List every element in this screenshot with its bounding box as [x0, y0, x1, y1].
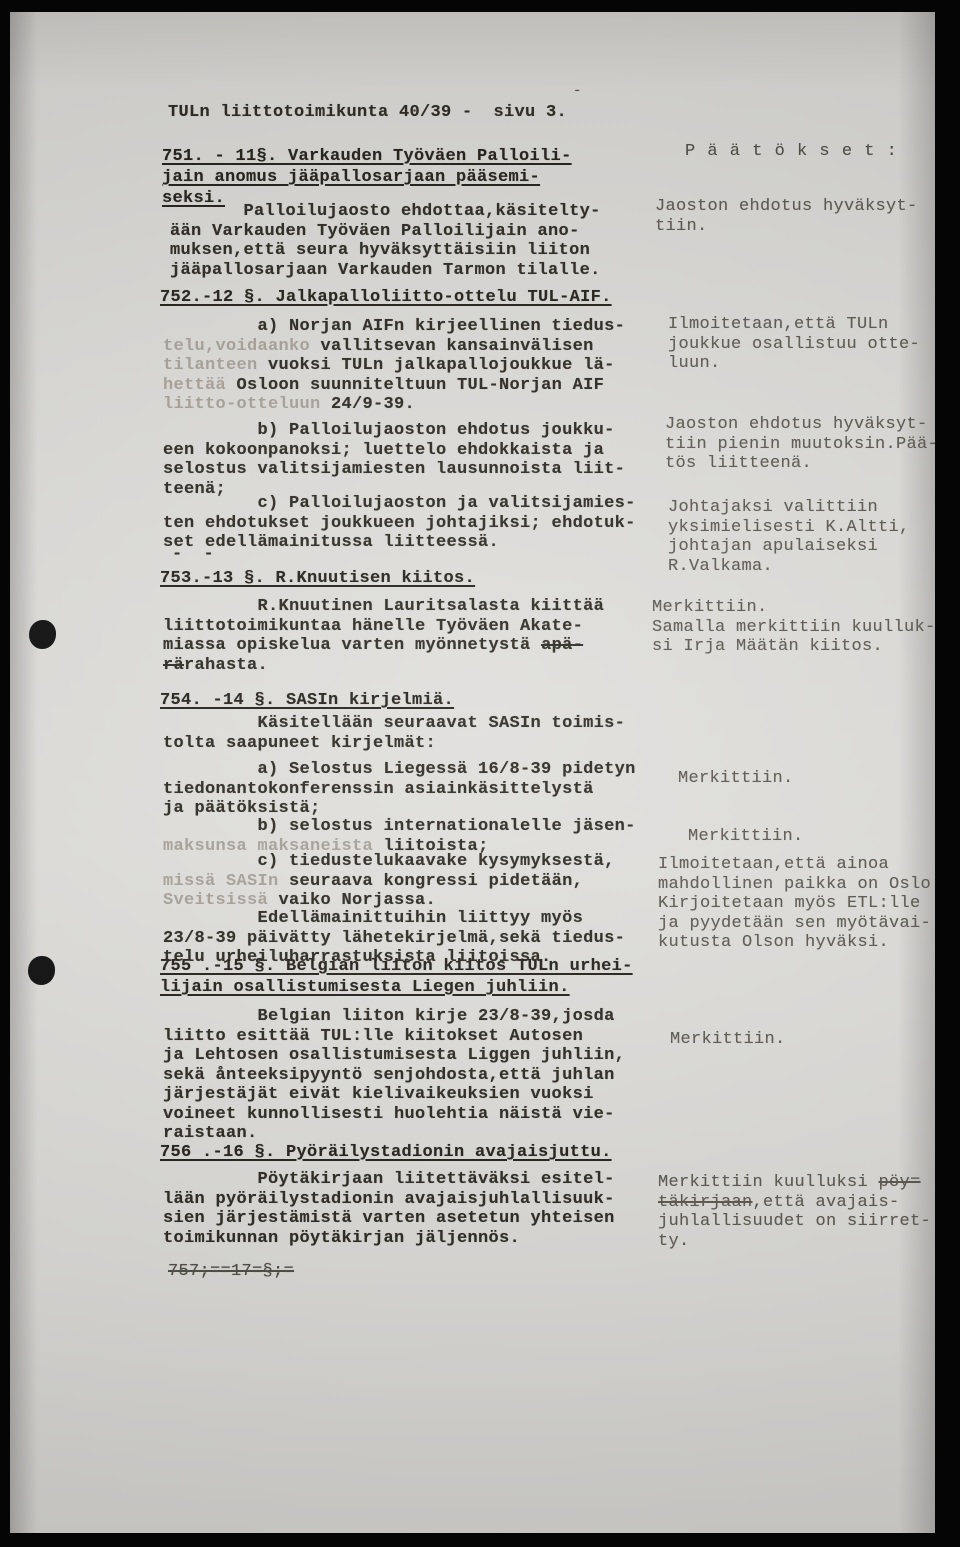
- section-751-title: 751. - 11§. Varkauden Työväen Palloili- …: [162, 146, 692, 209]
- section-754-item-c: c) tiedustelukaavake kysymyksestä, missä…: [163, 852, 693, 911]
- punch-hole-bottom: [28, 956, 55, 985]
- section-755-title: 755 .-15 §. Belgian liiton kiitos TULn u…: [160, 956, 690, 998]
- punch-hole-top: [29, 620, 56, 649]
- section-754-decision-b: Merkittiin.: [688, 827, 960, 847]
- section-751-body: Palloilujaosto ehdottaa,käsitelty- ään V…: [170, 202, 700, 280]
- section-752-item-b: b) Palloilujaoston ehdotus joukku- een k…: [163, 421, 693, 499]
- section-754-title: 754. -14 §. SASIn kirjelmiä.: [160, 690, 690, 711]
- section-756-title: 756 .-16 §. Pyöräilystadionin avajaisjut…: [160, 1142, 690, 1163]
- stray-dash: -: [573, 82, 960, 102]
- section-752-dashes: - -: [172, 545, 702, 565]
- section-751-decision: Jaoston ehdotus hyväksyt- tiin.: [655, 197, 950, 236]
- document-page: - TULn liittotoimikunta 40/39 - sivu 3. …: [10, 12, 935, 1533]
- section-756-body: Pöytäkirjaan liitettäväksi esitel- lään …: [163, 1170, 693, 1248]
- section-752-item-c: c) Palloilujaoston ja valitsijamies- ten…: [163, 494, 693, 553]
- section-752-title: 752.-12 §. Jalkapalloliitto-ottelu TUL-A…: [160, 287, 690, 308]
- section-753-title: 753.-13 §. R.Knuutisen kiitos.: [160, 568, 690, 589]
- section-756-decision: Merkittiin kuulluksi pöy= täkirjaan,että…: [658, 1173, 953, 1251]
- section-753-decision: Merkittiin. Samalla merkittiin kuulluk- …: [652, 598, 947, 657]
- section-752-decision-c: Johtajaksi valittiin yksimielisesti K.Al…: [668, 498, 960, 576]
- section-755-body: Belgian liiton kirje 23/8-39,josda liitt…: [163, 1007, 693, 1144]
- section-752-decision-b: Jaoston ehdotus hyväksyt- tiin pienin mu…: [665, 415, 960, 474]
- section-752-item-a: a) Norjan AIFn kirjeellinen tiedus- telu…: [163, 317, 693, 415]
- section-754-item-a: a) Selostus Liegessä 16/8-39 pidetyn tie…: [163, 760, 693, 819]
- section-752-decision-a: Ilmoitetaan,että TULn joukkue osallistuu…: [668, 315, 960, 374]
- section-755-decision: Merkittiin.: [670, 1030, 960, 1050]
- scanned-document: - TULn liittotoimikunta 40/39 - sivu 3. …: [0, 0, 960, 1547]
- page-header: TULn liittotoimikunta 40/39 - sivu 3.: [168, 103, 698, 123]
- decisions-heading: P ä ä t ö k s e t :: [685, 142, 960, 162]
- section-753-body: R.Knuutinen Lauritsalasta kiittää liitto…: [163, 597, 693, 675]
- section-754-item-b: b) selostus internationalelle jäsen- mak…: [163, 817, 693, 856]
- section-757-struck-heading: 757;==17=§;=: [168, 1262, 698, 1282]
- section-754-intro: Käsitellään seuraavat SASIn toimis- tolt…: [163, 714, 693, 753]
- section-754-decision-a: Merkittiin.: [678, 769, 960, 789]
- section-754-decision-c: Ilmoitetaan,että ainoa mahdollinen paikk…: [658, 855, 953, 953]
